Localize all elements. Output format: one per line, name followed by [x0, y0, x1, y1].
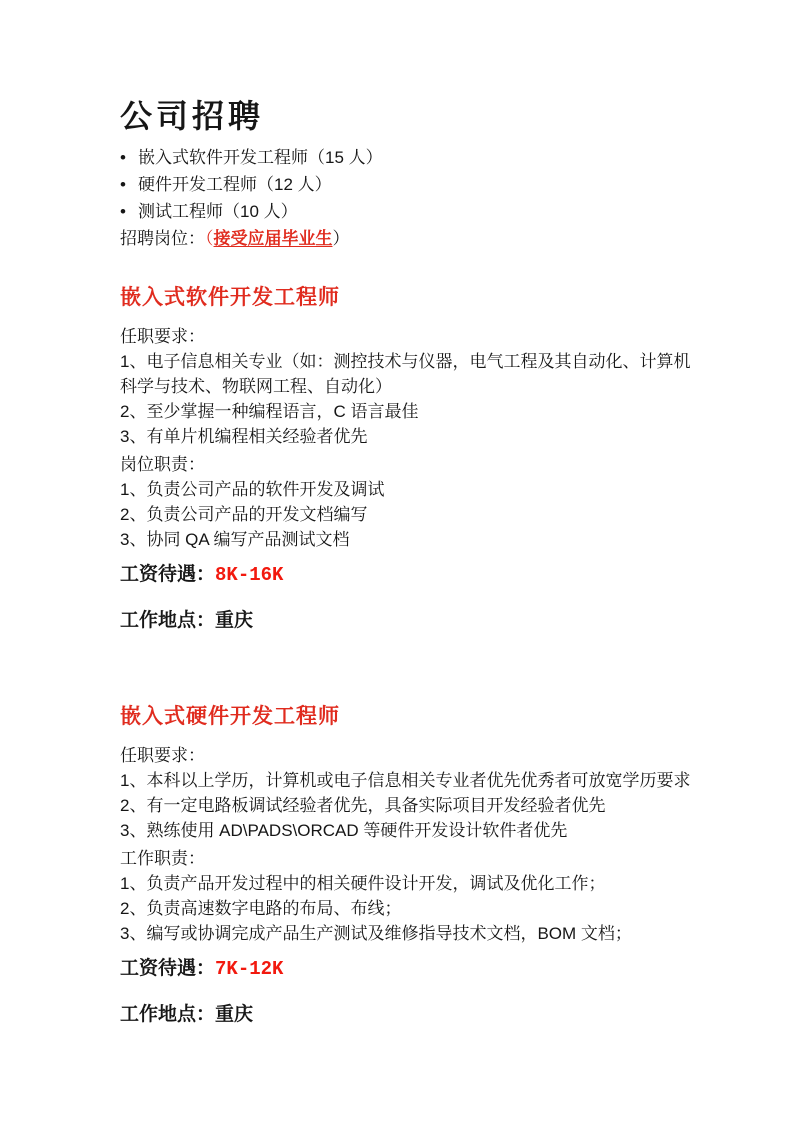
- section-heading: 嵌入式软件开发工程师: [120, 285, 694, 311]
- position-label: 硬件开发工程师（12 人）: [138, 175, 332, 194]
- job-section-embedded-software: 嵌入式软件开发工程师 任职要求： 1、电子信息相关专业（如：测控技术与仪器，电气…: [120, 285, 694, 634]
- location-label: 工作地点：: [120, 610, 215, 631]
- duty-item: 3、协同 QA 编写产品测试文档: [120, 527, 694, 552]
- duty-item: 2、负责高速数字电路的布局、布线；: [120, 896, 694, 921]
- location-label: 工作地点：: [120, 1004, 215, 1025]
- recruit-highlight: 接受应届毕业生: [214, 229, 333, 248]
- requirement-item: 2、至少掌握一种编程语言，C 语言最佳: [120, 399, 694, 424]
- location-value: 重庆: [215, 610, 253, 631]
- duties-label: 工作职责：: [120, 846, 694, 871]
- duty-item: 1、负责公司产品的软件开发及调试: [120, 477, 694, 502]
- duty-item: 3、编写或协调完成产品生产测试及维修指导技术文档，BOM 文档；: [120, 921, 694, 946]
- position-item: •测试工程师（10 人）: [120, 198, 694, 225]
- position-label: 嵌入式软件开发工程师（15 人）: [138, 148, 383, 167]
- position-label: 测试工程师（10 人）: [138, 202, 298, 221]
- location-line: 工作地点：重庆: [120, 607, 694, 634]
- position-item: •硬件开发工程师（12 人）: [120, 171, 694, 198]
- location-line: 工作地点：重庆: [120, 1001, 694, 1028]
- requirement-item: 1、电子信息相关专业（如：测控技术与仪器，电气工程及其自动化、计算机科学与技术、…: [120, 349, 694, 399]
- requirements-label: 任职要求：: [120, 324, 694, 349]
- salary-value: 8K-16K: [215, 564, 283, 586]
- bullet-icon: •: [120, 198, 138, 225]
- duty-item: 1、负责产品开发过程中的相关硬件设计开发，调试及优化工作；: [120, 871, 694, 896]
- salary-value: 7K-12K: [215, 958, 283, 980]
- salary-line: 工资待遇：7K-12K: [120, 955, 694, 983]
- requirement-item: 2、有一定电路板调试经验者优先，具备实际项目开发经验者优先: [120, 793, 694, 818]
- requirement-item: 3、有单片机编程相关经验者优先: [120, 424, 694, 449]
- salary-label: 工资待遇：: [120, 958, 215, 979]
- job-section-embedded-hardware: 嵌入式硬件开发工程师 任职要求： 1、本科以上学历，计算机或电子信息相关专业者优…: [120, 704, 694, 1028]
- position-item: •嵌入式软件开发工程师（15 人）: [120, 144, 694, 171]
- requirement-item: 1、本科以上学历，计算机或电子信息相关专业者优先优秀者可放宽学历要求: [120, 768, 694, 793]
- positions-list: •嵌入式软件开发工程师（15 人） •硬件开发工程师（12 人） •测试工程师（…: [120, 144, 694, 225]
- paren-close: ）: [333, 229, 350, 248]
- recruit-label: 招聘岗位：: [120, 229, 205, 248]
- requirements-label: 任职要求：: [120, 743, 694, 768]
- section-heading: 嵌入式硬件开发工程师: [120, 704, 694, 730]
- salary-line: 工资待遇：8K-16K: [120, 561, 694, 589]
- bullet-icon: •: [120, 171, 138, 198]
- duties-label: 岗位职责：: [120, 452, 694, 477]
- bullet-icon: •: [120, 144, 138, 171]
- duty-item: 2、负责公司产品的开发文档编写: [120, 502, 694, 527]
- document-page: 公司招聘 •嵌入式软件开发工程师（15 人） •硬件开发工程师（12 人） •测…: [0, 0, 800, 1131]
- page-title: 公司招聘: [120, 98, 694, 134]
- paren-open: （: [205, 229, 214, 248]
- salary-label: 工资待遇：: [120, 564, 215, 585]
- recruit-line: 招聘岗位：（接受应届毕业生）: [120, 225, 694, 252]
- requirement-item: 3、熟练使用 AD\PADS\ORCAD 等硬件开发设计软件者优先: [120, 818, 694, 843]
- location-value: 重庆: [215, 1004, 253, 1025]
